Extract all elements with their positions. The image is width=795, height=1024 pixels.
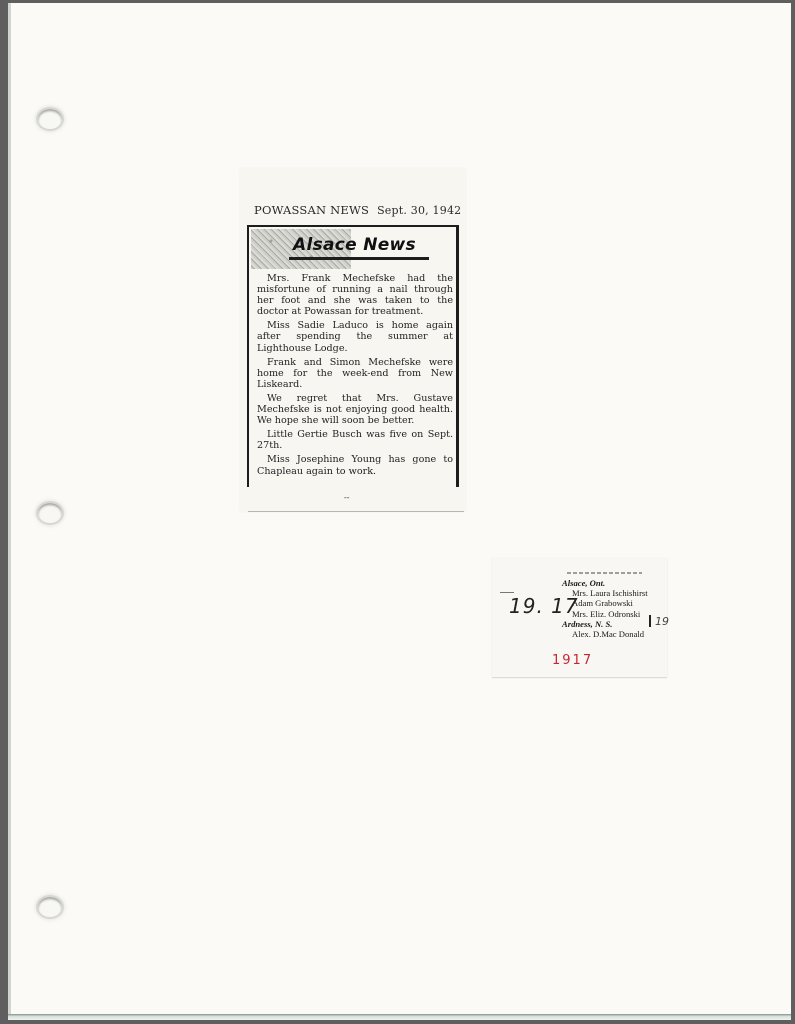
clipping-date: Sept. 30, 1942 (377, 204, 461, 217)
place-heading: Ardness, N. S. (562, 619, 648, 629)
newspaper-clipping-name-list: Alsace, Ont. Mrs. Laura Ischishirst Adam… (492, 557, 667, 677)
newspaper-clipping-alsace-news: POWASSAN NEWSSept. 30, 1942 Alsace News … (240, 168, 466, 512)
clipping-masthead: POWASSAN NEWSSept. 30, 1942 (254, 203, 461, 217)
heading-underline (289, 257, 429, 260)
article-body: Mrs. Frank Mechefske had the misfortune … (257, 273, 453, 480)
clipping-bottom-rule (248, 511, 464, 512)
article-paragraph: Miss Sadie Laduco is home again after sp… (257, 320, 453, 353)
article-paragraph: Little Gertie Busch was five on Sept. 27… (257, 429, 453, 451)
article-paragraph: Mrs. Frank Mechefske had the misfortune … (257, 273, 453, 317)
article-paragraph: Frank and Simon Mechefske were home for … (257, 357, 453, 390)
hole-punch-top (36, 107, 64, 131)
article-heading: Alsace News (293, 235, 416, 255)
article-column: Alsace News Mrs. Frank Mechefske had the… (247, 225, 459, 487)
newspaper-name: POWASSAN NEWS (254, 203, 369, 217)
cut-off-text-line (567, 572, 642, 574)
red-ink-year: 1917 (552, 653, 593, 668)
article-paragraph: We regret that Mrs. Gustave Mechefske is… (257, 393, 453, 426)
cut-mark (500, 592, 514, 593)
handwritten-year: 19. 17 (509, 594, 579, 618)
article-end-mark: -- (344, 493, 349, 502)
hole-punch-bottom (36, 895, 64, 919)
hole-punch-middle (36, 501, 64, 525)
article-paragraph: Miss Josephine Young has gone to Chaplea… (257, 454, 453, 476)
place-heading: Alsace, Ont. (562, 578, 648, 588)
handwritten-side-note: 19 (655, 615, 669, 628)
name-entry: Alex. D.Mac Donald (562, 629, 648, 639)
side-bracket (649, 615, 651, 627)
page-bottom-edge (8, 1014, 791, 1020)
